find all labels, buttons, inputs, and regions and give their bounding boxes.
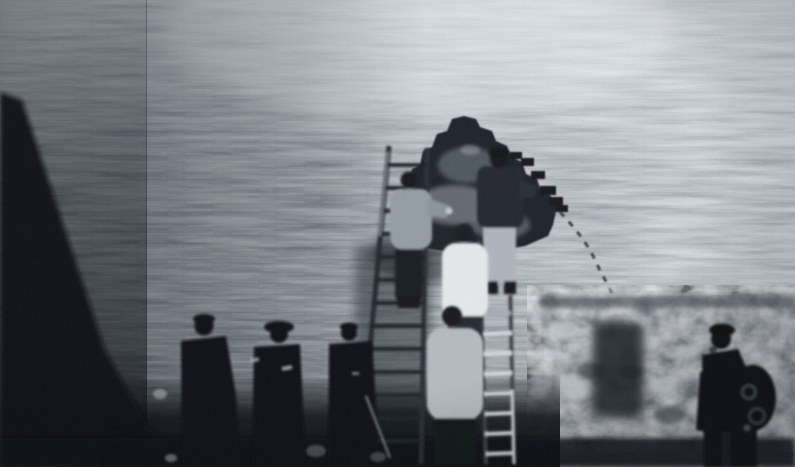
photo-canvas [0, 0, 795, 467]
photograph [0, 0, 795, 467]
film-grain [0, 0, 795, 467]
